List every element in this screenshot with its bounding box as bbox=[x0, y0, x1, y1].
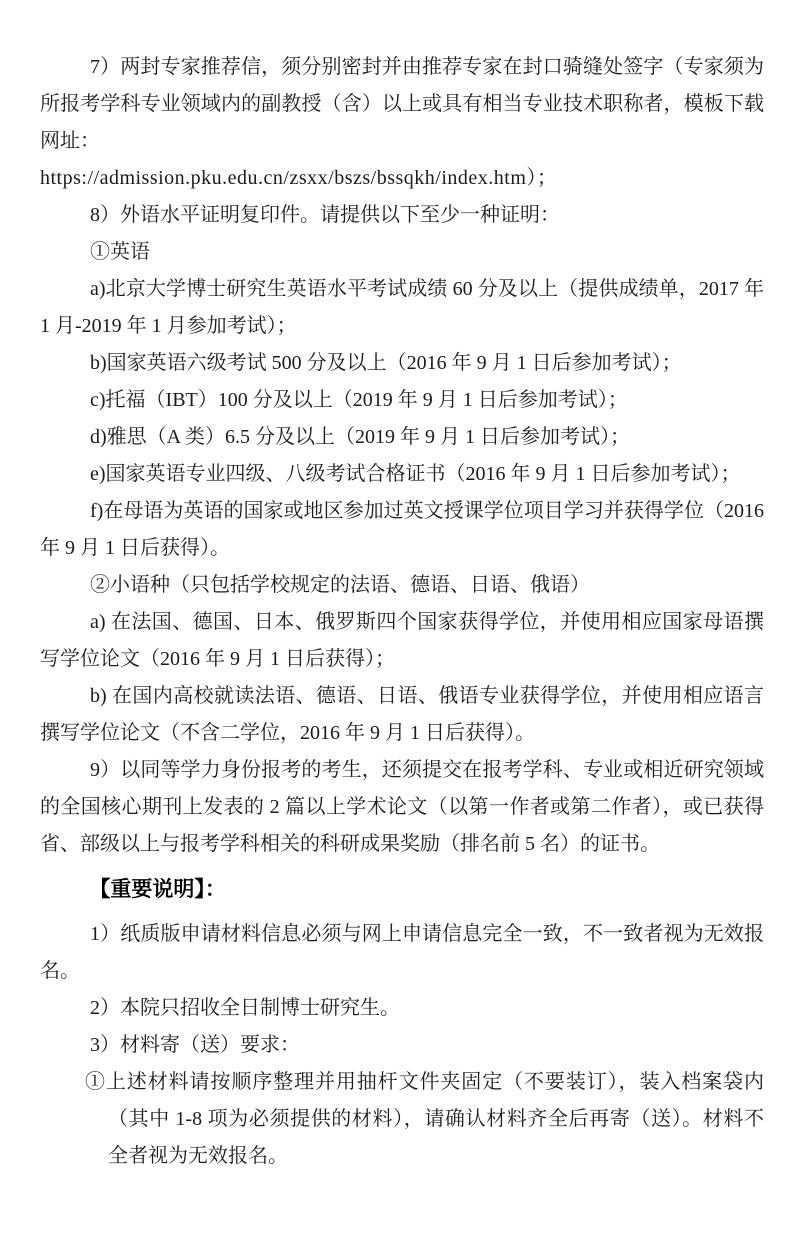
paragraph-english-a: a)北京大学博士研究生英语水平考试成绩 60 分及以上（提供成绩单，2017 年… bbox=[40, 271, 764, 345]
paragraph-minor-lang-b: b) 在国内高校就读法语、德语、日语、俄语专业获得学位，并使用相应语言撰写学位论… bbox=[40, 678, 764, 752]
paragraph-item-9: 9）以同等学力身份报考的考生，还须提交在报考学科、专业或相近研究领域的全国核心期… bbox=[40, 752, 764, 863]
paragraph-item-7: 7）两封专家推荐信，须分别密封并由推荐专家在封口骑缝处签字（专家须为所报考学科专… bbox=[40, 49, 764, 160]
paragraph-english-e: e)国家英语专业四级、八级考试合格证书（2016 年 9 月 1 日后参加考试）… bbox=[40, 456, 764, 493]
paragraph-item-8: 8）外语水平证明复印件。请提供以下至少一种证明： bbox=[40, 197, 764, 234]
paragraph-english-f: f)在母语为英语的国家或地区参加过英文授课学位项目学习并获得学位（2016 年 … bbox=[40, 493, 764, 567]
paragraph-note-1: 1）纸质版申请材料信息必须与网上申请信息完全一致，不一致者视为无效报名。 bbox=[40, 916, 764, 990]
paragraph-note-3: 3）材料寄（送）要求： bbox=[40, 1027, 764, 1064]
important-notice-heading: 【重要说明】： bbox=[40, 871, 764, 908]
paragraph-minor-lang-heading: ②小语种（只包括学校规定的法语、德语、日语、俄语） bbox=[40, 567, 764, 604]
paragraph-minor-lang-a: a) 在法国、德国、日本、俄罗斯四个国家获得学位，并使用相应国家母语撰写学位论文… bbox=[40, 604, 764, 678]
url-text: https://admission.pku.edu.cn/zsxx/bszs/b… bbox=[40, 160, 764, 197]
paragraph-english-c: c)托福（IBT）100 分及以上（2019 年 9 月 1 日后参加考试）； bbox=[40, 382, 764, 419]
paragraph-note-3-sub-1: ①上述材料请按顺序整理并用抽杆文件夹固定（不要装订），装入档案袋内（其中 1-8… bbox=[40, 1064, 764, 1175]
paragraph-note-2: 2）本院只招收全日制博士研究生。 bbox=[40, 990, 764, 1027]
paragraph-english-d: d)雅思（A 类）6.5 分及以上（2019 年 9 月 1 日后参加考试）； bbox=[40, 419, 764, 456]
paragraph-english-b: b)国家英语六级考试 500 分及以上（2016 年 9 月 1 日后参加考试）… bbox=[40, 345, 764, 382]
document-page: 7）两封专家推荐信，须分别密封并由推荐专家在封口骑缝处签字（专家须为所报考学科专… bbox=[0, 0, 800, 1243]
paragraph-english-heading: ①英语 bbox=[40, 234, 764, 271]
